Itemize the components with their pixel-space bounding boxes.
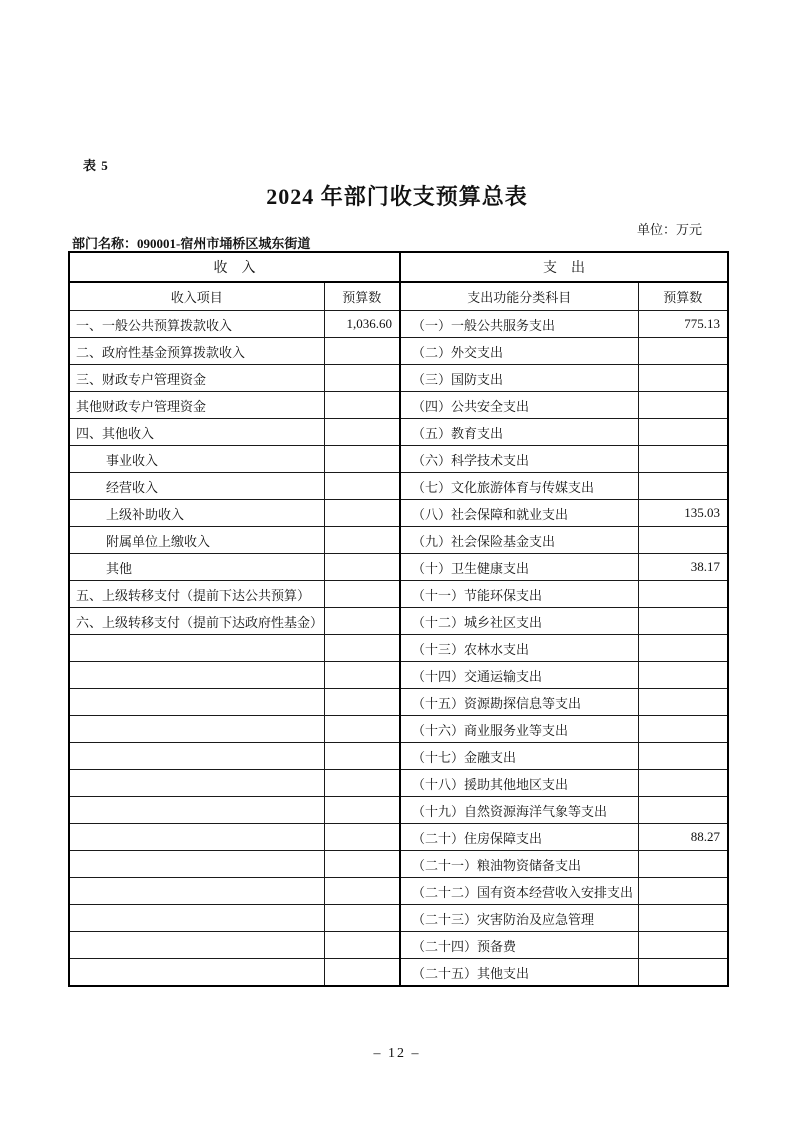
table-row: 三、财政专户管理资金（三）国防支出 [69, 365, 728, 392]
expense-item-cell: （七）文化旅游体育与传媒支出 [400, 473, 638, 500]
income-budget-cell [324, 635, 400, 662]
column-header-row: 收入项目 预算数 支出功能分类科目 预算数 [69, 282, 728, 311]
income-item-cell [69, 662, 324, 689]
income-item-cell [69, 635, 324, 662]
table-row: 一、一般公共预算拨款收入1,036.60（一）一般公共服务支出775.13 [69, 311, 728, 338]
income-item-cell: 六、上级转移支付（提前下达政府性基金） [69, 608, 324, 635]
table-row: （十六）商业服务业等支出 [69, 716, 728, 743]
income-item-cell: 其他财政专户管理资金 [69, 392, 324, 419]
expense-item-cell: （二十）住房保障支出 [400, 824, 638, 851]
income-item-cell [69, 851, 324, 878]
expense-item-cell: （二）外交支出 [400, 338, 638, 365]
table-row: 经营收入（七）文化旅游体育与传媒支出 [69, 473, 728, 500]
expense-budget-cell [638, 338, 728, 365]
income-item-cell [69, 905, 324, 932]
document-page: 表 5 2024 年部门收支预算总表 单位：万元 部门名称：090001-宿州市… [0, 0, 794, 1122]
page-title: 2024 年部门收支预算总表 [0, 180, 794, 211]
expense-item-cell: （十七）金融支出 [400, 743, 638, 770]
table-row: 事业收入（六）科学技术支出 [69, 446, 728, 473]
income-item-cell: 附属单位上缴收入 [69, 527, 324, 554]
expense-item-cell: （六）科学技术支出 [400, 446, 638, 473]
budget-summary-table: 收 入 支 出 收入项目 预算数 支出功能分类科目 预算数 一、一般公共预算拨款… [68, 251, 729, 987]
expense-item-column-header: 支出功能分类科目 [400, 282, 638, 311]
expense-budget-cell [638, 662, 728, 689]
income-budget-cell [324, 959, 400, 987]
income-budget-cell: 1,036.60 [324, 311, 400, 338]
expense-budget-cell: 38.17 [638, 554, 728, 581]
expense-budget-cell: 88.27 [638, 824, 728, 851]
income-item-cell: 一、一般公共预算拨款收入 [69, 311, 324, 338]
income-item-column-header: 收入项目 [69, 282, 324, 311]
income-item-cell [69, 716, 324, 743]
income-budget-cell [324, 419, 400, 446]
expense-item-cell: （十一）节能环保支出 [400, 581, 638, 608]
expense-budget-cell [638, 446, 728, 473]
expense-budget-cell [638, 419, 728, 446]
expense-budget-cell [638, 959, 728, 987]
expense-budget-column-header: 预算数 [638, 282, 728, 311]
expense-group-header: 支 出 [400, 252, 728, 282]
income-item-cell [69, 932, 324, 959]
expense-budget-cell [638, 797, 728, 824]
expense-item-cell: （一）一般公共服务支出 [400, 311, 638, 338]
expense-item-cell: （十）卫生健康支出 [400, 554, 638, 581]
expense-budget-cell [638, 635, 728, 662]
income-budget-cell [324, 905, 400, 932]
expense-item-cell: （三）国防支出 [400, 365, 638, 392]
expense-budget-cell: 135.03 [638, 500, 728, 527]
expense-item-cell: （十四）交通运输支出 [400, 662, 638, 689]
income-item-cell: 上级补助收入 [69, 500, 324, 527]
income-budget-column-header: 预算数 [324, 282, 400, 311]
table-row: 二、政府性基金预算拨款收入（二）外交支出 [69, 338, 728, 365]
income-budget-cell [324, 878, 400, 905]
expense-item-cell: （十五）资源勘探信息等支出 [400, 689, 638, 716]
expense-budget-cell [638, 689, 728, 716]
income-budget-cell [324, 824, 400, 851]
table-body: 一、一般公共预算拨款收入1,036.60（一）一般公共服务支出775.13二、政… [69, 311, 728, 987]
expense-item-cell: （二十二）国有资本经营收入安排支出 [400, 878, 638, 905]
expense-budget-cell [638, 473, 728, 500]
income-budget-cell [324, 932, 400, 959]
income-item-cell: 其他 [69, 554, 324, 581]
income-budget-cell [324, 716, 400, 743]
expense-budget-cell [638, 932, 728, 959]
income-group-header: 收 入 [69, 252, 400, 282]
table-row: （二十四）预备费 [69, 932, 728, 959]
expense-budget-cell: 775.13 [638, 311, 728, 338]
income-item-cell [69, 797, 324, 824]
table-row: 六、上级转移支付（提前下达政府性基金）（十二）城乡社区支出 [69, 608, 728, 635]
expense-item-cell: （十九）自然资源海洋气象等支出 [400, 797, 638, 824]
income-item-cell: 五、上级转移支付（提前下达公共预算） [69, 581, 324, 608]
income-item-cell [69, 824, 324, 851]
income-budget-cell [324, 338, 400, 365]
income-budget-cell [324, 500, 400, 527]
expense-item-cell: （十二）城乡社区支出 [400, 608, 638, 635]
expense-budget-cell [638, 878, 728, 905]
table-row: （二十五）其他支出 [69, 959, 728, 987]
table-row: （十九）自然资源海洋气象等支出 [69, 797, 728, 824]
table-row: （十四）交通运输支出 [69, 662, 728, 689]
income-budget-cell [324, 662, 400, 689]
table-row: （十七）金融支出 [69, 743, 728, 770]
income-item-cell [69, 743, 324, 770]
income-item-cell [69, 878, 324, 905]
expense-budget-cell [638, 716, 728, 743]
income-budget-cell [324, 770, 400, 797]
table-row: （十三）农林水支出 [69, 635, 728, 662]
expense-item-cell: （二十三）灾害防治及应急管理 [400, 905, 638, 932]
income-budget-cell [324, 581, 400, 608]
expense-budget-cell [638, 905, 728, 932]
department-name: 部门名称：090001-宿州市埇桥区城东街道 [72, 233, 310, 252]
expense-budget-cell [638, 743, 728, 770]
table-row: 其他财政专户管理资金（四）公共安全支出 [69, 392, 728, 419]
expense-item-cell: （二十一）粮油物资储备支出 [400, 851, 638, 878]
expense-item-cell: （四）公共安全支出 [400, 392, 638, 419]
expense-item-cell: （九）社会保险基金支出 [400, 527, 638, 554]
table-row: （二十）住房保障支出88.27 [69, 824, 728, 851]
expense-item-cell: （十八）援助其他地区支出 [400, 770, 638, 797]
income-item-cell: 四、其他收入 [69, 419, 324, 446]
income-item-cell [69, 959, 324, 987]
income-item-cell: 事业收入 [69, 446, 324, 473]
table-row: （二十三）灾害防治及应急管理 [69, 905, 728, 932]
table-header: 收 入 支 出 收入项目 预算数 支出功能分类科目 预算数 [69, 252, 728, 311]
income-item-cell: 三、财政专户管理资金 [69, 365, 324, 392]
table-row: （十八）援助其他地区支出 [69, 770, 728, 797]
expense-budget-cell [638, 608, 728, 635]
income-budget-cell [324, 365, 400, 392]
income-budget-cell [324, 446, 400, 473]
income-budget-cell [324, 608, 400, 635]
income-budget-cell [324, 851, 400, 878]
table-row: 四、其他收入（五）教育支出 [69, 419, 728, 446]
expense-budget-cell [638, 581, 728, 608]
group-header-row: 收 入 支 出 [69, 252, 728, 282]
expense-item-cell: （八）社会保障和就业支出 [400, 500, 638, 527]
income-budget-cell [324, 689, 400, 716]
expense-budget-cell [638, 365, 728, 392]
income-item-cell: 经营收入 [69, 473, 324, 500]
table-row: （十五）资源勘探信息等支出 [69, 689, 728, 716]
income-budget-cell [324, 554, 400, 581]
sheet-label: 表 5 [83, 155, 109, 174]
income-item-cell [69, 689, 324, 716]
expense-budget-cell [638, 392, 728, 419]
table-row: 其他（十）卫生健康支出38.17 [69, 554, 728, 581]
expense-item-cell: （十六）商业服务业等支出 [400, 716, 638, 743]
expense-item-cell: （二十四）预备费 [400, 932, 638, 959]
table-row: 附属单位上缴收入（九）社会保险基金支出 [69, 527, 728, 554]
expense-budget-cell [638, 527, 728, 554]
expense-budget-cell [638, 851, 728, 878]
income-budget-cell [324, 797, 400, 824]
expense-item-cell: （二十五）其他支出 [400, 959, 638, 987]
table-row: （二十二）国有资本经营收入安排支出 [69, 878, 728, 905]
table-row: （二十一）粮油物资储备支出 [69, 851, 728, 878]
expense-item-cell: （五）教育支出 [400, 419, 638, 446]
income-item-cell: 二、政府性基金预算拨款收入 [69, 338, 324, 365]
income-budget-cell [324, 527, 400, 554]
expense-item-cell: （十三）农林水支出 [400, 635, 638, 662]
income-budget-cell [324, 392, 400, 419]
income-budget-cell [324, 743, 400, 770]
table-row: 五、上级转移支付（提前下达公共预算）（十一）节能环保支出 [69, 581, 728, 608]
expense-budget-cell [638, 770, 728, 797]
page-number: – 12 – [0, 1046, 794, 1062]
table-row: 上级补助收入（八）社会保障和就业支出135.03 [69, 500, 728, 527]
income-item-cell [69, 770, 324, 797]
income-budget-cell [324, 473, 400, 500]
unit-note: 单位：万元 [637, 219, 702, 238]
